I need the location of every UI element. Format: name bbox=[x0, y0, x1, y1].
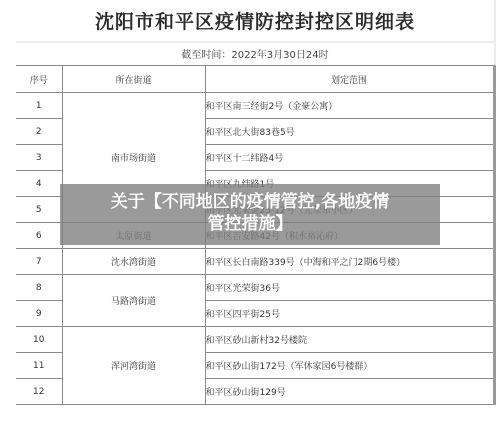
street-cell: 马路湾街道 bbox=[62, 275, 205, 327]
scope-cell: 和平区四平街25号 bbox=[205, 301, 494, 327]
scope-cell: 和平区长白南路339号（中海和平之门2期6号楼） bbox=[205, 249, 494, 275]
header-street: 所在街道 bbox=[62, 66, 205, 93]
table-row: 1 南市场街道 和平区南三经街2号（金豪公寓） bbox=[16, 93, 494, 119]
row-no: 11 bbox=[16, 353, 62, 379]
table-header-row: 序号 所在街道 划定范围 bbox=[16, 66, 494, 93]
row-no: 10 bbox=[16, 327, 62, 353]
scope-cell: 和平区十二纬路4号 bbox=[205, 145, 494, 171]
row-no: 9 bbox=[16, 301, 62, 327]
document-title: 沈阳市和平区疫情防控封控区明细表 bbox=[0, 6, 500, 38]
row-no: 12 bbox=[16, 379, 62, 405]
scope-cell: 和平区砂山街172号（军休家园6号楼群） bbox=[205, 353, 494, 379]
street-cell: 沈水湾街道 bbox=[62, 249, 205, 275]
row-no: 3 bbox=[16, 145, 62, 171]
row-no: 5 bbox=[16, 197, 62, 223]
scope-cell: 和平区北大街83巷5号 bbox=[205, 119, 494, 145]
street-cell: 浑河湾街道 bbox=[62, 327, 205, 405]
banner-line-2: 管控措施】 bbox=[60, 213, 440, 235]
row-no: 8 bbox=[16, 275, 62, 301]
scope-cell: 和平区南三经街2号（金豪公寓） bbox=[205, 93, 494, 119]
title-divider bbox=[16, 41, 494, 43]
article-title-banner[interactable]: 关于【不同地区的疫情管控,各地疫情 管控措施】 bbox=[60, 184, 440, 245]
row-no: 1 bbox=[16, 93, 62, 119]
table-row: 7 沈水湾街道 和平区长白南路339号（中海和平之门2期6号楼） bbox=[16, 249, 494, 275]
table-row: 8 马路湾街道 和平区光荣街36号 bbox=[16, 275, 494, 301]
row-no: 6 bbox=[16, 223, 62, 249]
scope-cell: 和平区砂山新村32号楼院 bbox=[205, 327, 494, 353]
banner-line-1: 关于【不同地区的疫情管控,各地疫情 bbox=[60, 191, 440, 213]
row-no: 2 bbox=[16, 119, 62, 145]
row-no: 7 bbox=[16, 249, 62, 275]
scope-cell: 和平区光荣街36号 bbox=[205, 275, 494, 301]
row-no: 4 bbox=[16, 171, 62, 197]
header-scope: 划定范围 bbox=[205, 66, 494, 93]
header-serial-no: 序号 bbox=[16, 66, 62, 93]
table-row: 10 浑河湾街道 和平区砂山新村32号楼院 bbox=[16, 327, 494, 353]
scope-cell: 和平区砂山街129号 bbox=[205, 379, 494, 405]
cutoff-time: 截至时间：2022年3月30日24时 bbox=[0, 48, 500, 64]
